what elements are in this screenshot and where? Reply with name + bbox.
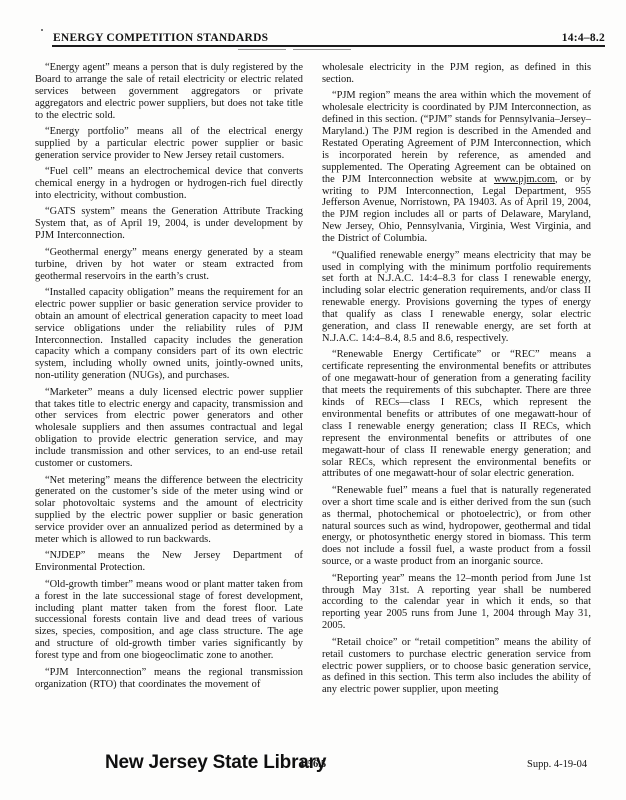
- paragraph-text: “Geothermal energy” means energy generat…: [35, 247, 303, 282]
- definition-paragraph: “Renewable Energy Certificate” or “REC” …: [322, 349, 591, 480]
- paragraph-text: “Fuel cell” means an electrochemical dev…: [35, 166, 303, 201]
- definition-paragraph: “Qualified renewable energy” means elect…: [322, 250, 591, 345]
- paragraph-text: wholesale electricity in the PJM region,…: [322, 62, 591, 85]
- paragraph-text: “Renewable Energy Certificate” or “REC” …: [322, 349, 591, 479]
- supplement-date: Supp. 4-19-04: [527, 759, 587, 770]
- paragraph-text: “PJM Interconnection” means the regional…: [35, 667, 303, 690]
- definition-paragraph: “Energy portfolio” means all of the elec…: [35, 126, 303, 162]
- right-text-column: wholesale electricity in the PJM region,…: [322, 62, 591, 701]
- paragraph-text: “Energy agent” means a person that is du…: [35, 62, 303, 121]
- scanned-regulation-page: ENERGY COMPETITION STANDARDS 14:4–8.2 “E…: [0, 0, 626, 800]
- definition-paragraph: “Net metering” means the difference betw…: [35, 475, 303, 546]
- paragraph-text: “Qualified renewable energy” means elect…: [322, 250, 591, 344]
- paragraph-text: “Net metering” means the difference betw…: [35, 475, 303, 546]
- definition-paragraph: “PJM Interconnection” means the regional…: [35, 667, 303, 691]
- scan-artifact-line: [293, 49, 351, 50]
- scan-artifact-line: [238, 49, 286, 50]
- left-text-column: “Energy agent” means a person that is du…: [35, 62, 303, 695]
- definition-paragraph: wholesale electricity in the PJM region,…: [322, 62, 591, 86]
- section-number: 14:4–8.2: [562, 32, 605, 44]
- definition-paragraph: “Reporting year” means the 12–month peri…: [322, 573, 591, 633]
- paragraph-text: “Retail choice” or “retail competition” …: [322, 637, 591, 696]
- scan-artifact-speck: [41, 29, 43, 31]
- definition-paragraph: “Installed capacity obligation” means th…: [35, 287, 303, 382]
- paragraph-text: “Energy portfolio” means all of the elec…: [35, 126, 303, 161]
- definition-paragraph: “Fuel cell” means an electrochemical dev…: [35, 166, 303, 202]
- paragraph-text: “Reporting year” means the 12–month peri…: [322, 573, 591, 632]
- page-number: 4-56.5: [299, 759, 326, 770]
- definition-paragraph: “Old-growth timber” means wood or plant …: [35, 579, 303, 662]
- definition-paragraph: “Marketer” means a duly licensed electri…: [35, 387, 303, 470]
- definition-paragraph: “Renewable fuel” means a fuel that is na…: [322, 485, 591, 568]
- paragraph-text: “GATS system” means the Generation Attri…: [35, 206, 303, 241]
- running-head-title: ENERGY COMPETITION STANDARDS: [53, 32, 268, 44]
- paragraph-text: “PJM region” means the area within which…: [322, 90, 591, 184]
- header-rule: [52, 45, 605, 47]
- library-stamp: New Jersey State Library: [105, 752, 326, 774]
- paragraph-text: “NJDEP” means the New Jersey Department …: [35, 550, 303, 573]
- definition-paragraph: “Retail choice” or “retail competition” …: [322, 637, 591, 697]
- definition-paragraph: “NJDEP” means the New Jersey Department …: [35, 550, 303, 574]
- page-header: ENERGY COMPETITION STANDARDS 14:4–8.2: [53, 32, 605, 44]
- paragraph-text: “Renewable fuel” means a fuel that is na…: [322, 485, 591, 567]
- definition-paragraph: “GATS system” means the Generation Attri…: [35, 206, 303, 242]
- pjm-website-url: www.pjm.com: [494, 174, 555, 185]
- definition-paragraph: “PJM region” means the area within which…: [322, 90, 591, 245]
- definition-paragraph: “Geothermal energy” means energy generat…: [35, 247, 303, 283]
- paragraph-text: “Installed capacity obligation” means th…: [35, 287, 303, 381]
- paragraph-text: “Old-growth timber” means wood or plant …: [35, 579, 303, 661]
- paragraph-text: “Marketer” means a duly licensed electri…: [35, 387, 303, 469]
- definition-paragraph: “Energy agent” means a person that is du…: [35, 62, 303, 122]
